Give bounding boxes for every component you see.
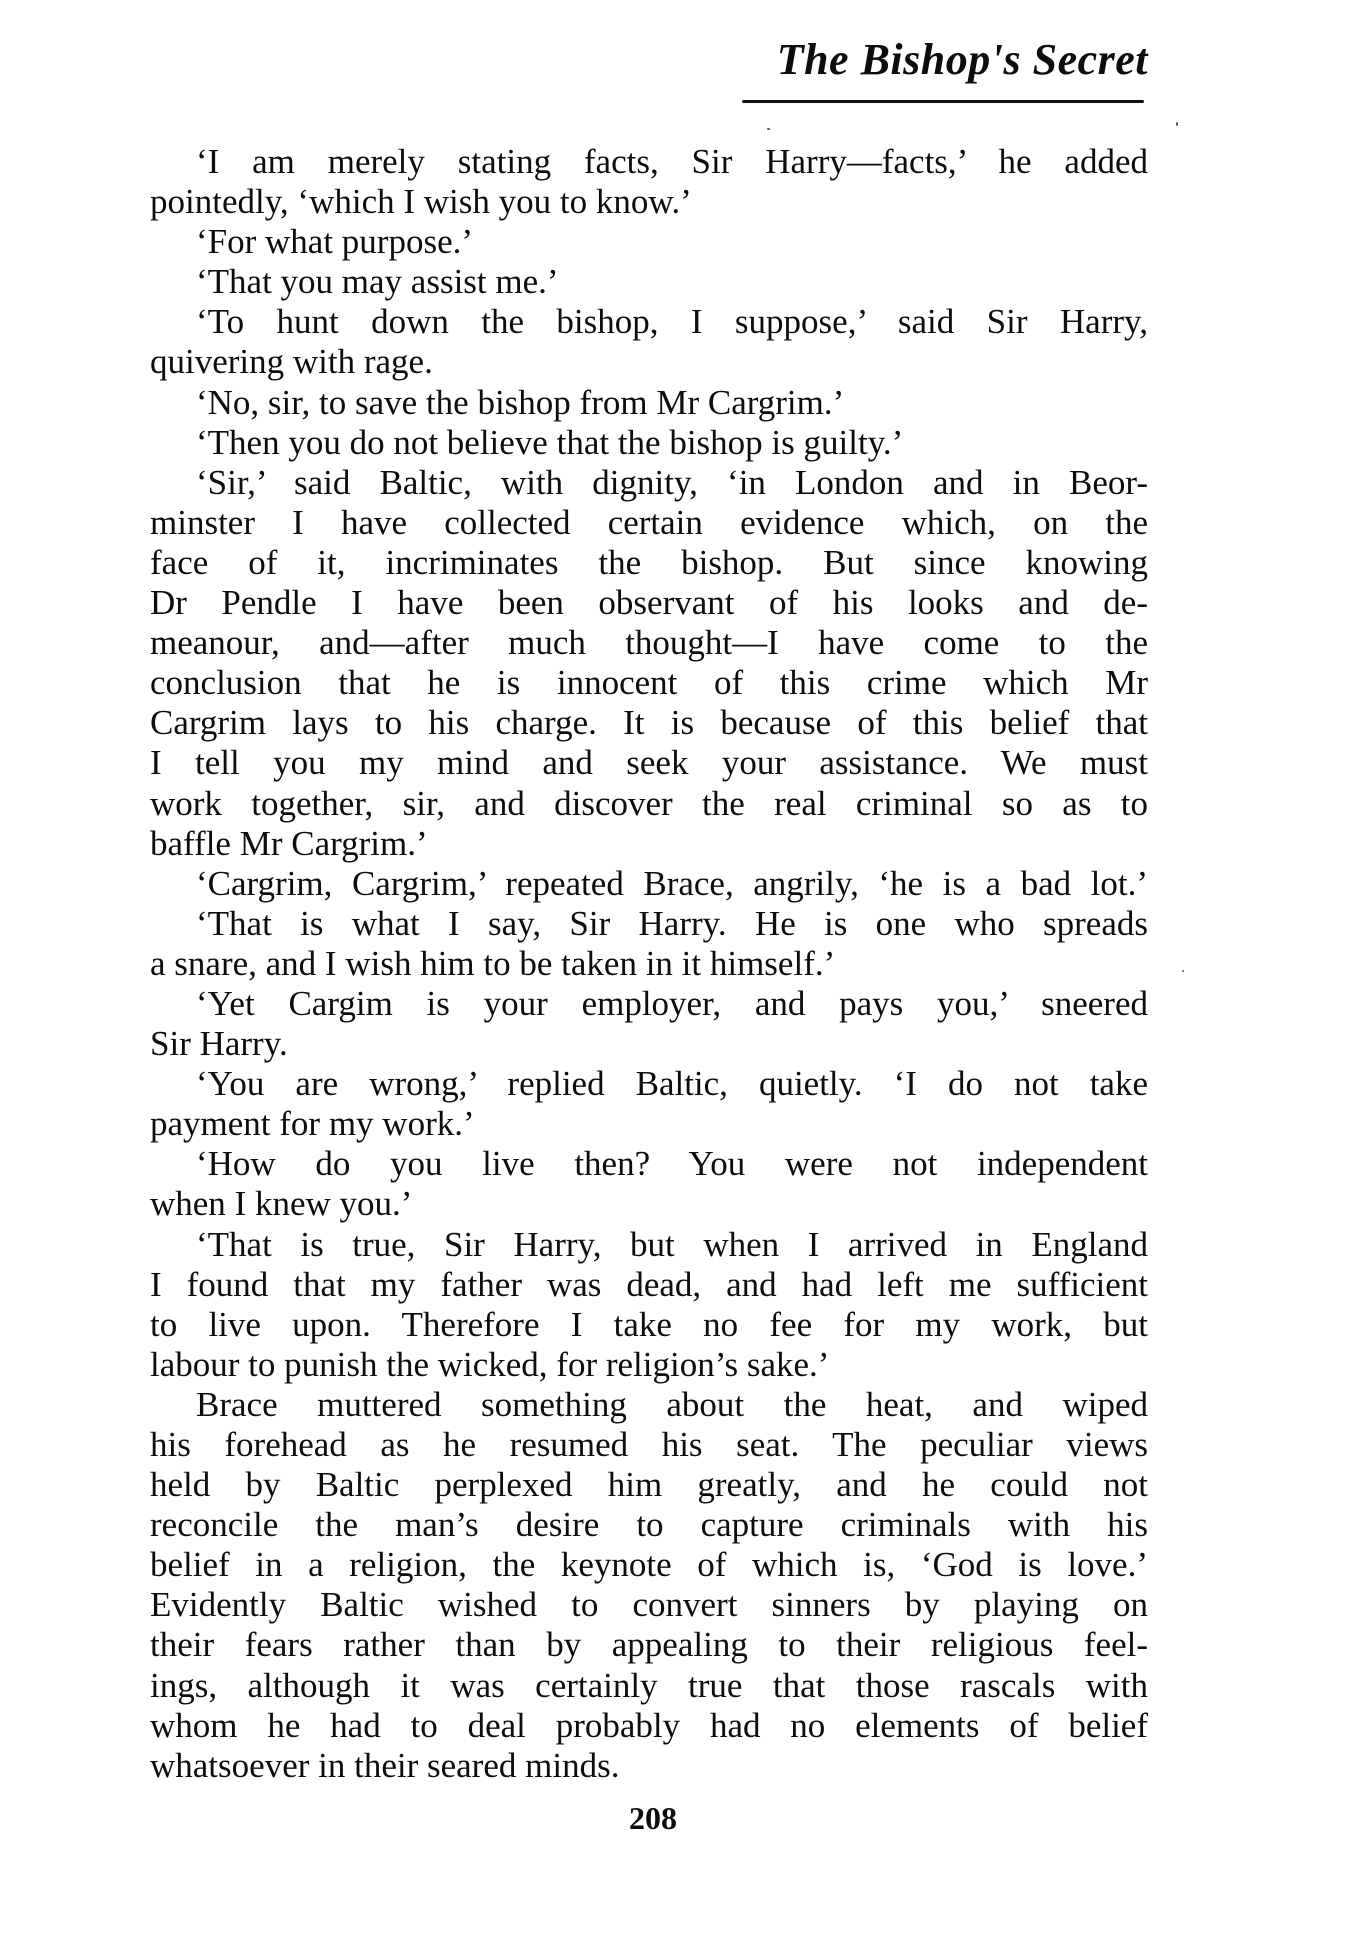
text-line: whatsoever in their seared minds. <box>150 1746 1148 1786</box>
text-line: pointedly, ‘which I wish you to know.’ <box>150 182 1148 222</box>
text-line: Sir Harry. <box>150 1024 1148 1064</box>
text-line: to live upon. Therefore I take no fee fo… <box>150 1305 1148 1345</box>
text-line: ‘You are wrong,’ replied Baltic, quietly… <box>150 1064 1148 1104</box>
print-speck <box>767 128 770 130</box>
text-line: work together, sir, and discover the rea… <box>150 784 1148 824</box>
print-speck <box>1182 970 1184 972</box>
text-line: Cargrim lays to his charge. It is becaus… <box>150 703 1148 743</box>
text-line: ‘No, sir, to save the bishop from Mr Car… <box>150 383 1148 423</box>
text-line: face of it, incriminates the bishop. But… <box>150 543 1148 583</box>
running-head-title: The Bishop's Secret <box>742 36 1148 84</box>
text-line: Evidently Baltic wished to convert sinne… <box>150 1585 1148 1625</box>
text-line: conclusion that he is innocent of this c… <box>150 663 1148 703</box>
text-line: baffle Mr Cargrim.’ <box>150 824 1148 864</box>
text-line: ‘How do you live then? You were not inde… <box>150 1144 1148 1184</box>
text-line: ‘To hunt down the bishop, I suppose,’ sa… <box>150 302 1148 342</box>
text-line: ‘Yet Cargim is your employer, and pays y… <box>150 984 1148 1024</box>
book-page: The Bishop's Secret ‘I am merely stating… <box>0 0 1360 1957</box>
text-line: their fears rather than by appealing to … <box>150 1625 1148 1665</box>
text-line: meanour, and—after much thought—I have c… <box>150 623 1148 663</box>
text-line: ‘That is true, Sir Harry, but when I arr… <box>150 1225 1148 1265</box>
text-line: ‘Cargrim, Cargrim,’ repeated Brace, angr… <box>150 864 1148 904</box>
page-number: 208 <box>600 1800 706 1836</box>
header-rule <box>742 100 1144 103</box>
text-line: ‘Sir,’ said Baltic, with dignity, ‘in Lo… <box>150 463 1148 503</box>
text-line: held by Baltic perplexed him greatly, an… <box>150 1465 1148 1505</box>
text-line: when I knew you.’ <box>150 1184 1148 1224</box>
text-line: Dr Pendle I have been observant of his l… <box>150 583 1148 623</box>
text-line: ‘I am merely stating facts, Sir Harry—fa… <box>150 142 1148 182</box>
text-line: reconcile the man’s desire to capture cr… <box>150 1505 1148 1545</box>
print-speck <box>1176 122 1178 126</box>
text-line: I tell you my mind and seek your assista… <box>150 743 1148 783</box>
text-line: ‘For what purpose.’ <box>150 222 1148 262</box>
text-line: payment for my work.’ <box>150 1104 1148 1144</box>
text-line: minster I have collected certain evidenc… <box>150 503 1148 543</box>
text-line: quivering with rage. <box>150 342 1148 382</box>
text-line: ‘That you may assist me.’ <box>150 262 1148 302</box>
text-line: ‘Then you do not believe that the bishop… <box>150 423 1148 463</box>
text-line: ings, although it was certainly true tha… <box>150 1666 1148 1706</box>
body-text: ‘I am merely stating facts, Sir Harry—fa… <box>150 142 1148 1786</box>
text-line: Brace muttered something about the heat,… <box>150 1385 1148 1425</box>
text-line: ‘That is what I say, Sir Harry. He is on… <box>150 904 1148 944</box>
text-line: labour to punish the wicked, for religio… <box>150 1345 1148 1385</box>
text-line: his forehead as he resumed his seat. The… <box>150 1425 1148 1465</box>
text-line: I found that my father was dead, and had… <box>150 1265 1148 1305</box>
text-line: whom he had to deal probably had no elem… <box>150 1706 1148 1746</box>
text-line: a snare, and I wish him to be taken in i… <box>150 944 1148 984</box>
text-line: belief in a religion, the keynote of whi… <box>150 1545 1148 1585</box>
